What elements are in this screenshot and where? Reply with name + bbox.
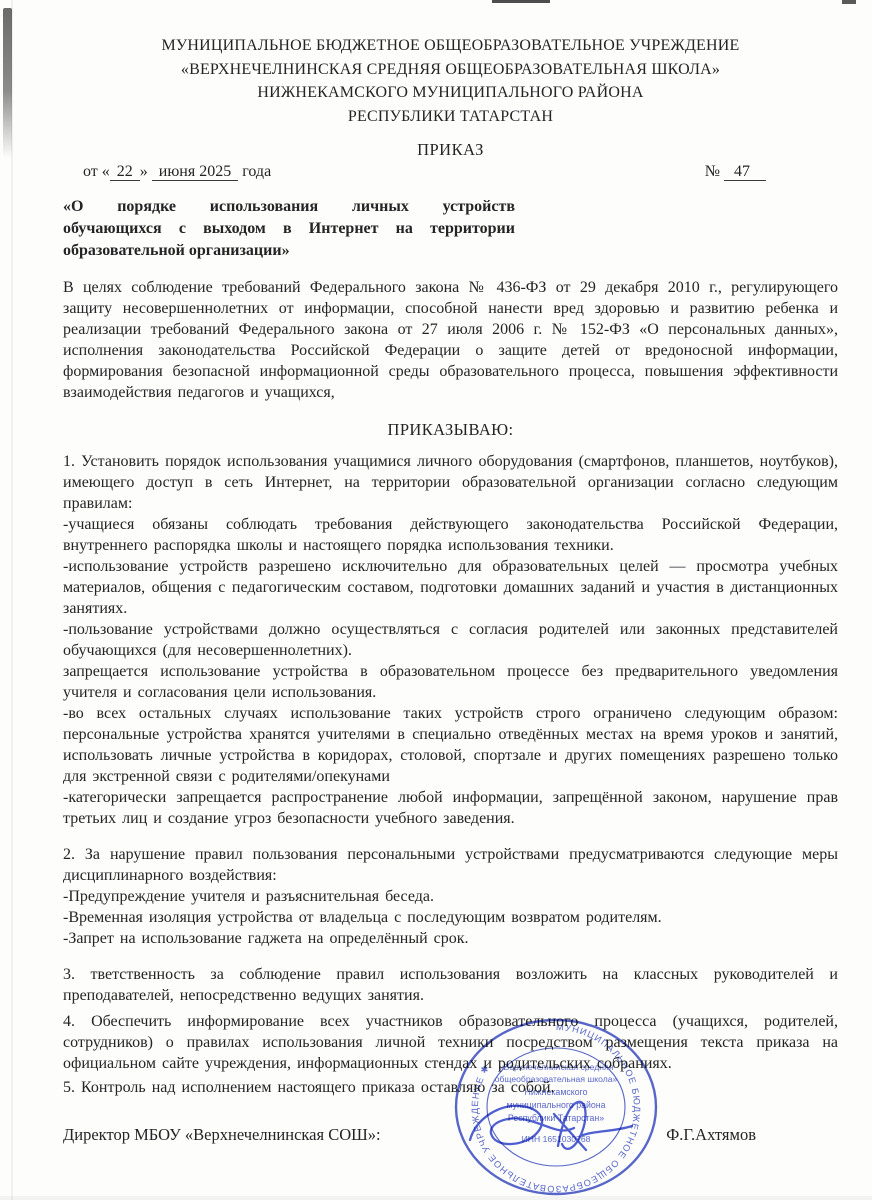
section-1: 1. Установить порядок использования учащ…	[63, 451, 838, 829]
item-1-bullet-1: -учащиеся обязаны соблюдать требования д…	[63, 514, 838, 556]
preamble-paragraph: В целях соблюдение требований Федерально…	[63, 277, 838, 403]
item-2-bullet-1: -Предупреждение учителя и разъяснительна…	[63, 886, 838, 907]
scan-artifact-left-edge	[11, 0, 13, 1200]
document-type-title: ПРИКАЗ	[63, 140, 838, 160]
director-label: Директор МБОУ «Верхнечелнинская СОШ»:	[63, 1125, 381, 1145]
scanned-order-page: МУНИЦИПАЛЬНОЕ БЮДЖЕТНОЕ ОБЩЕОБРАЗОВАТЕЛЬ…	[0, 0, 872, 1200]
item-2-bullet-2: -Временная изоляция устройства от владел…	[63, 907, 838, 928]
date-month-year: июня 2025	[152, 163, 238, 181]
order-number: №47	[705, 163, 766, 181]
date-day: 22	[110, 163, 140, 181]
item-2: 2. За нарушение правил пользования персо…	[63, 844, 838, 886]
director-name: Ф.Г.Ахтямов	[666, 1125, 756, 1145]
date-line: от «22» июня 2025 года	[83, 163, 271, 181]
subject-line-3: образовательной организации»	[63, 240, 515, 262]
number-value: 47	[724, 163, 766, 181]
director-signature	[462, 1088, 652, 1174]
scan-artifact-bottom-edge	[0, 1196, 872, 1200]
organization-header: МУНИЦИПАЛЬНОЕ БЮДЖЕТНОЕ ОБЩЕОБРАЗОВАТЕЛЬ…	[63, 34, 838, 128]
item-1-bullet-6: -категорически запрещается распространен…	[63, 787, 838, 829]
item-1-bullet-3: -пользование устройствами должно осущест…	[63, 619, 838, 661]
item-2-bullet-3: -Запрет на использование гаджета на опре…	[63, 928, 838, 949]
org-line-2: «ВЕРХНЕЧЕЛНИНСКАЯ СРЕДНЯЯ ОБЩЕОБРАЗОВАТЕ…	[63, 58, 838, 82]
date-sep: »	[140, 163, 148, 180]
item-1-bullet-2: -использование устройств разрешено исклю…	[63, 556, 838, 619]
org-line-1: МУНИЦИПАЛЬНОЕ БЮДЖЕТНОЕ ОБЩЕОБРАЗОВАТЕЛЬ…	[63, 34, 838, 58]
item-3: 3. тветственность за соблюдение правил и…	[63, 964, 838, 1006]
date-number-row: от «22» июня 2025 года №47	[63, 163, 838, 181]
org-line-3: НИЖНЕКАМСКОГО МУНИЦИПАЛЬНОГО РАЙОНА	[63, 81, 838, 105]
scan-artifact-top-right-mark	[842, 0, 856, 4]
date-suffix: года	[242, 163, 271, 180]
scan-artifact-top-mark	[492, 0, 550, 3]
subject-line-2: обучающихся с выходом в Интернет на терр…	[63, 218, 515, 240]
document-content: МУНИЦИПАЛЬНОЕ БЮДЖЕТНОЕ ОБЩЕОБРАЗОВАТЕЛЬ…	[63, 34, 838, 1145]
order-word: ПРИКАЗЫВАЮ:	[63, 420, 838, 440]
item-1-bullet-4: запрещается использование устройства в о…	[63, 661, 838, 703]
number-label: №	[705, 163, 720, 180]
org-line-4: РЕСПУБЛИКИ ТАТАРСТАН	[63, 105, 838, 129]
stamp-line-1: «Верхнечелнинская средняя	[499, 1062, 614, 1072]
date-prefix: от «	[83, 163, 110, 180]
item-1: 1. Установить порядок использования учащ…	[63, 451, 838, 514]
stamp-line-2: общеобразовательная школа»	[495, 1074, 618, 1084]
section-2: 2. За нарушение правил пользования персо…	[63, 844, 838, 949]
order-subject: «О порядке использования личных устройст…	[63, 196, 515, 261]
item-1-bullet-5: -во всех остальных случаях использование…	[63, 703, 838, 787]
subject-line-1: «О порядке использования личных устройст…	[63, 196, 515, 218]
